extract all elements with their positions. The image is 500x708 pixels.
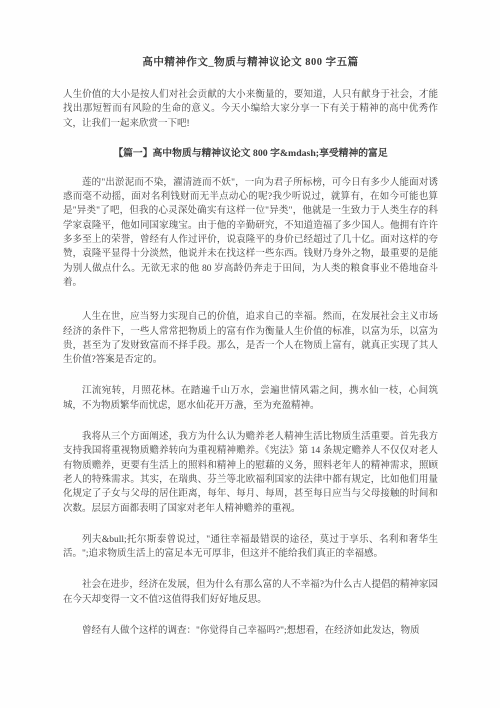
essay-paragraph-6: 社会在进步，经济在发展，但为什么有那么富的人不幸福?为什么古人提倡的精神家园在今… [63, 578, 438, 607]
document-page: 高中精神作文_物质与精神议论文 800 字五篇 人生价值的大小是按人们对社会贡献… [0, 0, 500, 708]
essay-paragraph-7-cutoff: 曾经有人做个这样的调查："你觉得自己幸福吗?";想想看，在经济如此发达，物质 [63, 624, 438, 638]
essay-paragraph-5: 列夫&bull;托尔斯泰曾说过，"通往幸福最错误的途径，莫过于享乐、名利和奢华生… [63, 533, 438, 562]
essay-paragraph-3: 江流宛转，月照花林。在踏遍千山万水，尝遍世情风霜之间，携水仙一枝，心间筑城，不为… [63, 384, 438, 413]
section-heading-part-one: 【篇一】高中物质与精神议论文 800 字&mdash;享受精神的富足 [63, 145, 438, 159]
essay-paragraph-4: 我将从三个方面阐述，我方为什么认为赡养老人精神生活比物质生活重要。首先我方支持我… [63, 430, 438, 516]
page-title: 高中精神作文_物质与精神议论文 800 字五篇 [63, 54, 438, 69]
intro-paragraph: 人生价值的大小是按人们对社会贡献的大小来衡量的，要知道，人只有献身于社会，才能找… [63, 88, 438, 131]
essay-paragraph-2: 人生在世，应当努力实现自己的价值，追求自己的幸福。然而，在发展社会主义市场经济的… [63, 310, 438, 367]
essay-paragraph-1: 莲的"出淤泥而不染，濯清涟而不妖"，一向为君子所标榜，可今日有多少人能面对诱惑而… [63, 176, 438, 290]
